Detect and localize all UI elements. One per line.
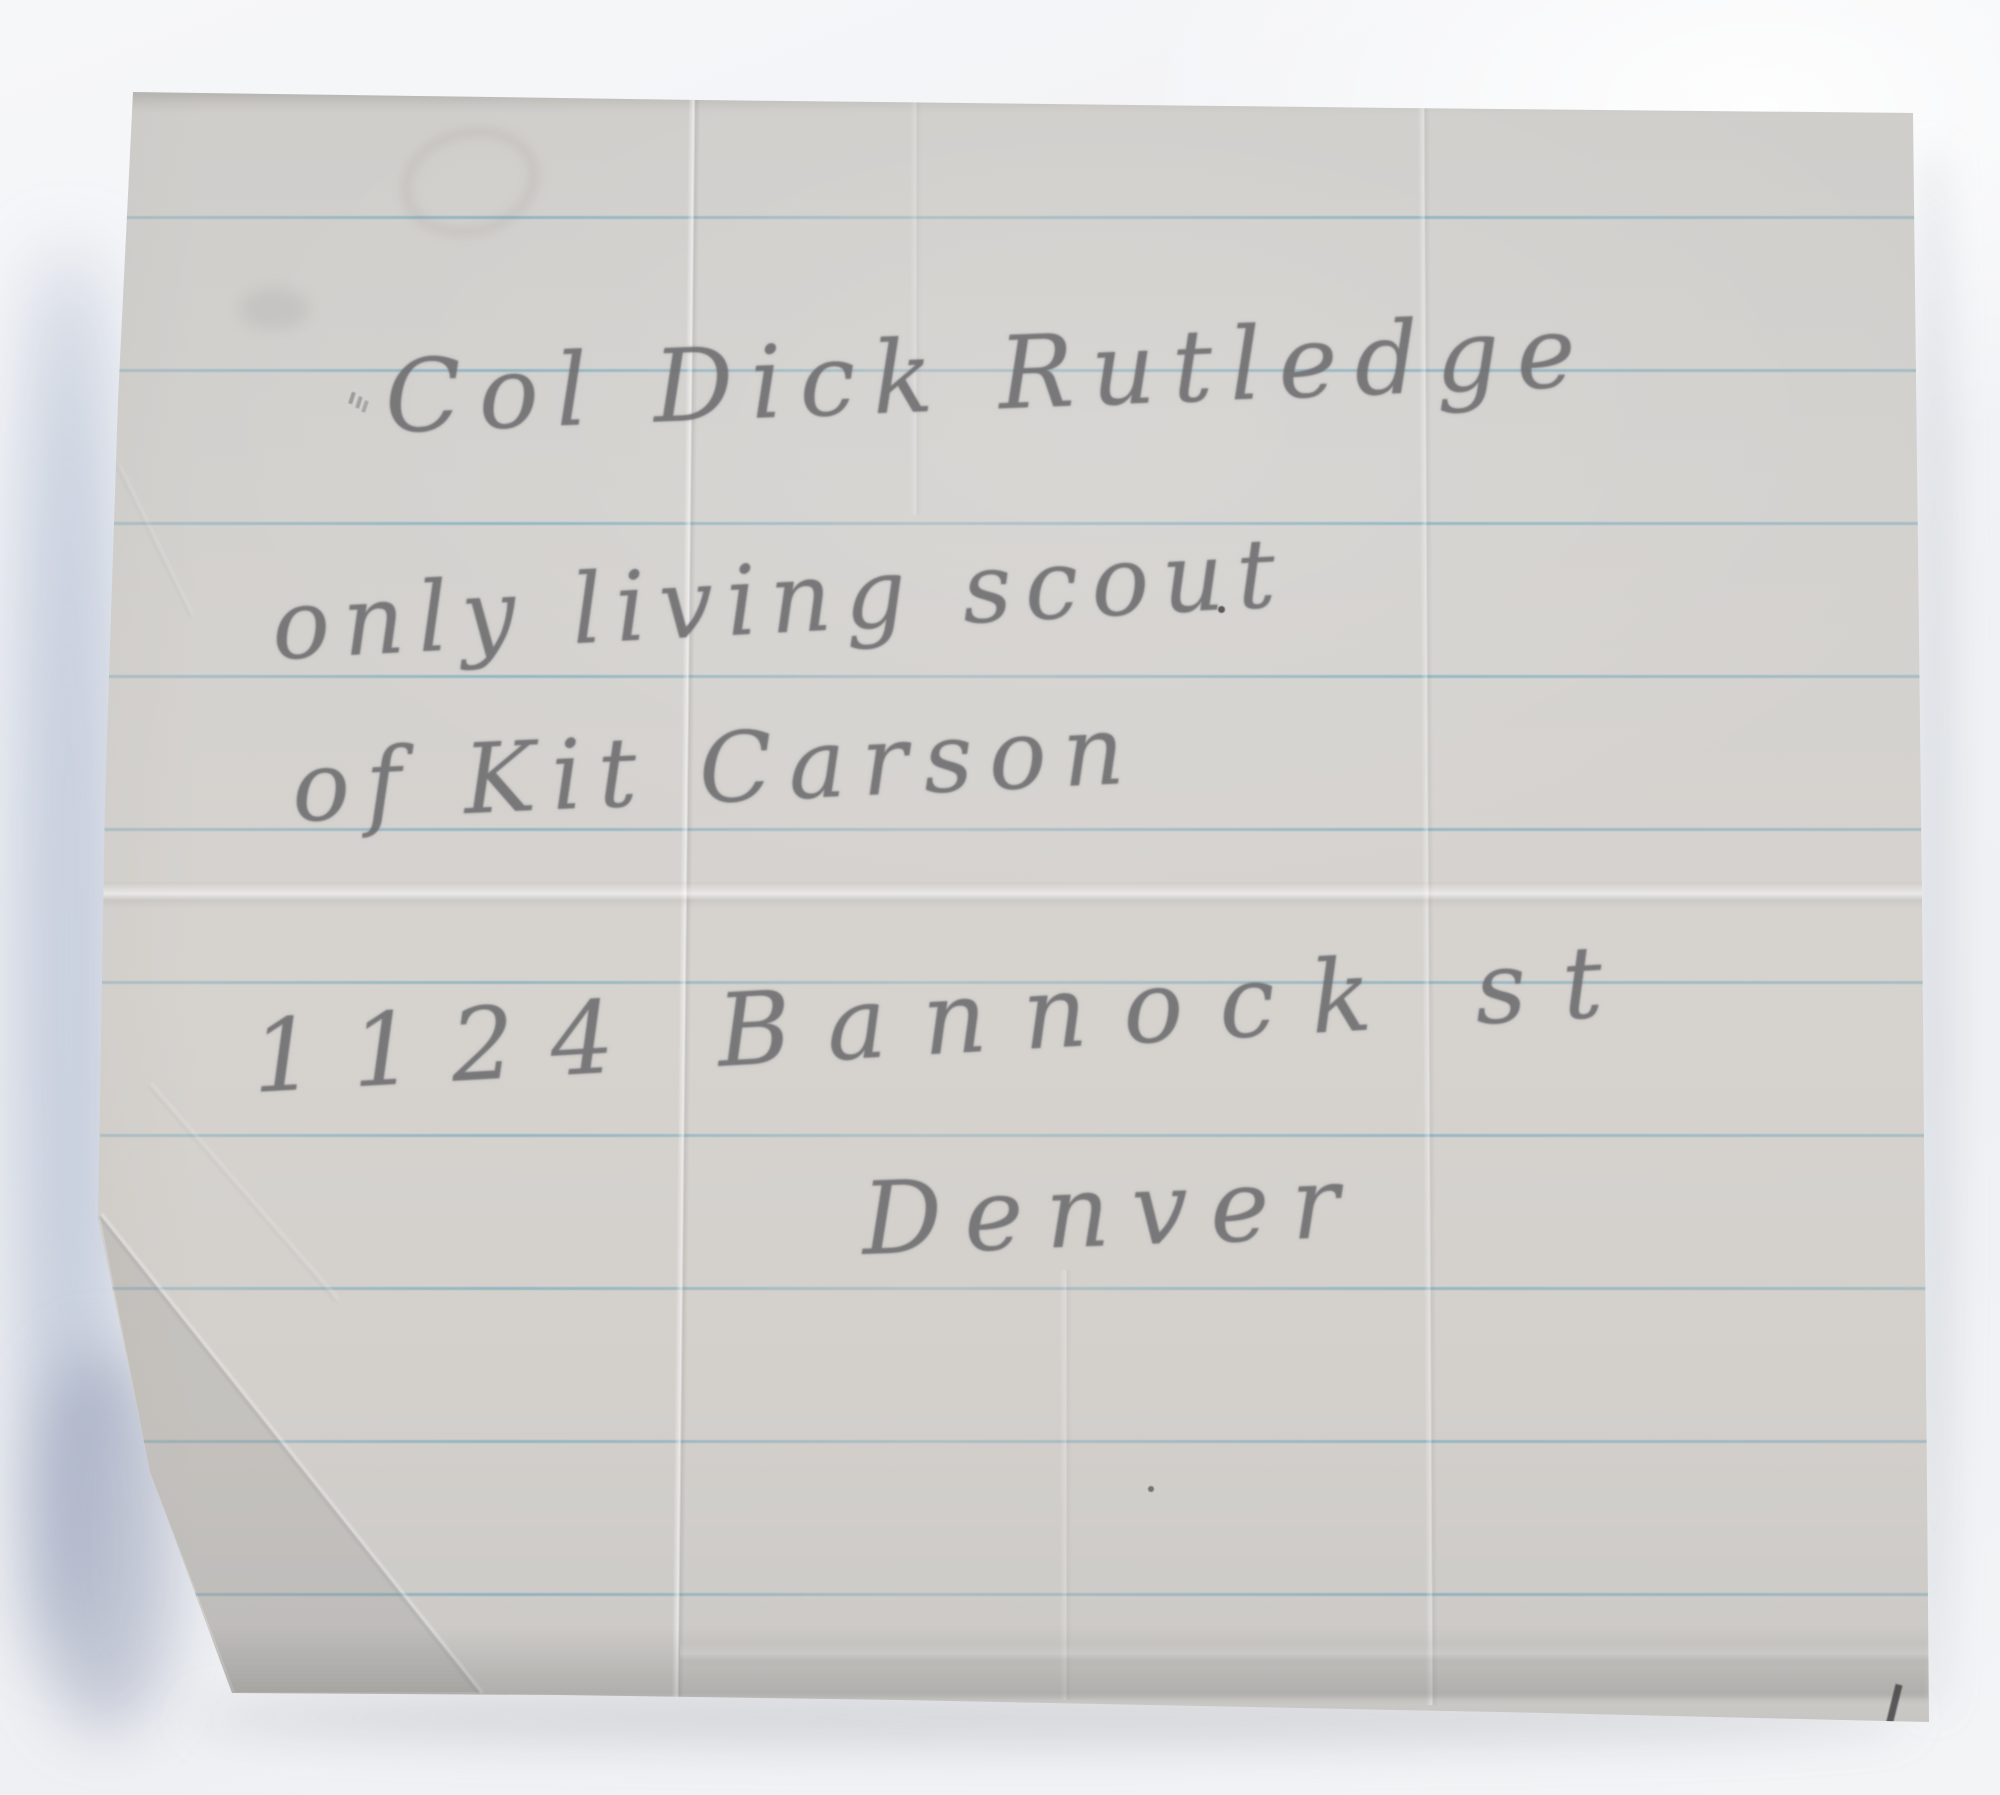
bottom-edge-shading bbox=[110, 1628, 1930, 1698]
pencil-tick-marks bbox=[348, 392, 356, 405]
smudge bbox=[240, 288, 310, 330]
diagonal-fold-crease bbox=[115, 464, 194, 618]
ring-stain bbox=[389, 113, 551, 252]
vertical-wrinkle bbox=[910, 95, 922, 515]
rule-line bbox=[100, 1134, 1932, 1137]
note-paper: Col Dick Rutledge only living scout of K… bbox=[0, 0, 2000, 1795]
rule-line bbox=[100, 522, 1932, 525]
horizontal-fold-crease bbox=[100, 882, 1930, 908]
note-line-scout: only living scout bbox=[269, 525, 1290, 674]
note-line-name: Col Dick Rutledge bbox=[383, 302, 1594, 448]
photo-of-note: { "note": { "lines": [ "Col Dick Rutledg… bbox=[0, 0, 2000, 1795]
rule-line bbox=[100, 1287, 1932, 1290]
note-line-city: Denver bbox=[860, 1153, 1362, 1270]
rule-line bbox=[100, 1440, 1932, 1443]
diagonal-fold-crease bbox=[148, 1083, 340, 1302]
rule-line bbox=[100, 216, 1932, 219]
ink-speck bbox=[1148, 1486, 1154, 1492]
torn-top-edge bbox=[110, 90, 1920, 112]
note-line-kit-carson: of Kit Carson bbox=[290, 702, 1142, 836]
